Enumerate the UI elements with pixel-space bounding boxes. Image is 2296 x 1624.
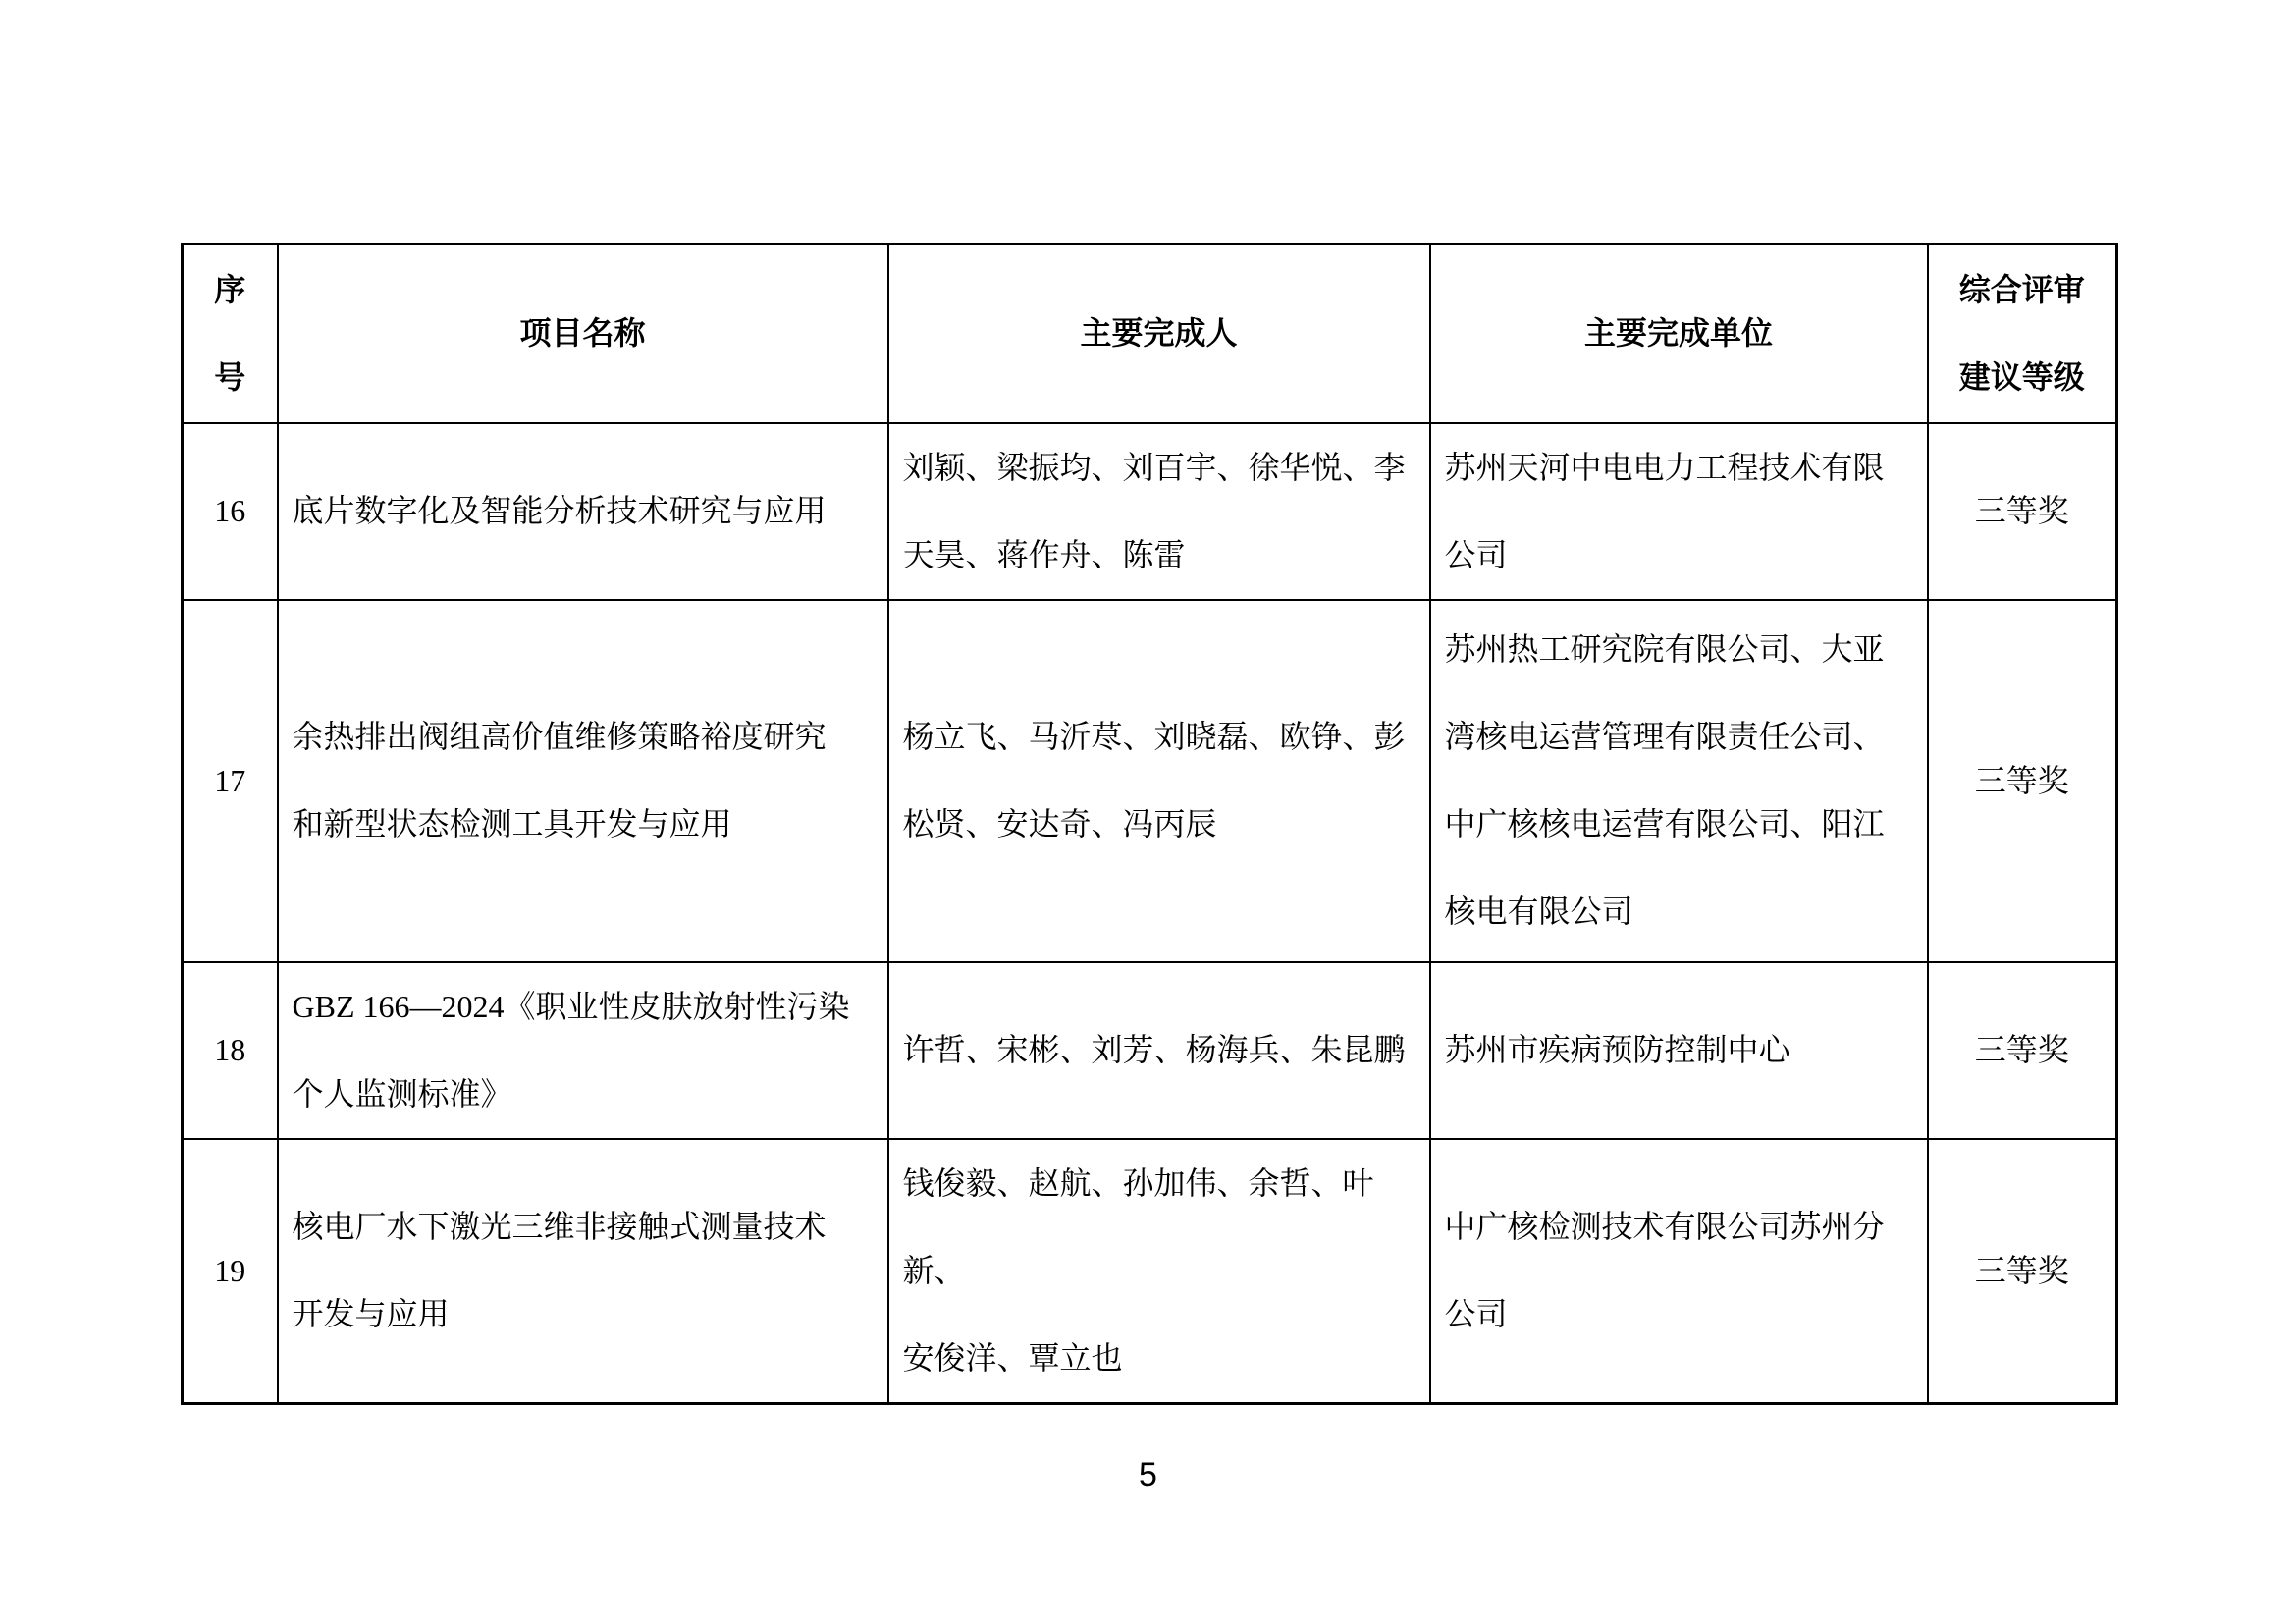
table-row: 18 GBZ 166—2024《职业性皮肤放射性污染 个人监测标准》 许哲、宋彬… [183, 962, 2117, 1139]
table-row: 17 余热排出阀组高价值维修策略裕度研究 和新型状态检测工具开发与应用 杨立飞、… [183, 600, 2117, 962]
table-header-row: 序 号 项目名称 主要完成人 主要完成单位 综合评审 建议等级 [183, 244, 2117, 423]
document-page: 序 号 项目名称 主要完成人 主要完成单位 综合评审 建议等级 16 底片数字化… [0, 0, 2296, 1624]
cell-grade: 三等奖 [1928, 423, 2117, 600]
table-row: 19 核电厂水下激光三维非接触式测量技术 开发与应用 钱俊毅、赵航、孙加伟、余哲… [183, 1139, 2117, 1404]
cell-contributors: 杨立飞、马沂荩、刘晓磊、欧铮、彭 松贤、安达奇、冯丙辰 [888, 600, 1430, 962]
cell-seq-no: 17 [183, 600, 278, 962]
cell-grade: 三等奖 [1928, 1139, 2117, 1404]
cell-seq-no: 19 [183, 1139, 278, 1404]
cell-contributors: 刘颖、梁振均、刘百宇、徐华悦、李 天昊、蒋作舟、陈雷 [888, 423, 1430, 600]
cell-project-name: 底片数字化及智能分析技术研究与应用 [278, 423, 888, 600]
cell-units: 苏州天河中电电力工程技术有限 公司 [1430, 423, 1928, 600]
table-row: 16 底片数字化及智能分析技术研究与应用 刘颖、梁振均、刘百宇、徐华悦、李 天昊… [183, 423, 2117, 600]
cell-units: 苏州热工研究院有限公司、大亚 湾核电运营管理有限责任公司、 中广核核电运营有限公… [1430, 600, 1928, 962]
cell-units: 中广核检测技术有限公司苏州分 公司 [1430, 1139, 1928, 1404]
cell-seq-no: 16 [183, 423, 278, 600]
header-project-name: 项目名称 [278, 244, 888, 423]
cell-units: 苏州市疾病预防控制中心 [1430, 962, 1928, 1139]
cell-project-name: 核电厂水下激光三维非接触式测量技术 开发与应用 [278, 1139, 888, 1404]
header-seq-no: 序 号 [183, 244, 278, 423]
header-grade: 综合评审 建议等级 [1928, 244, 2117, 423]
cell-project-name: GBZ 166—2024《职业性皮肤放射性污染 个人监测标准》 [278, 962, 888, 1139]
cell-project-name: 余热排出阀组高价值维修策略裕度研究 和新型状态检测工具开发与应用 [278, 600, 888, 962]
cell-contributors: 钱俊毅、赵航、孙加伟、余哲、叶新、 安俊洋、覃立也 [888, 1139, 1430, 1404]
cell-seq-no: 18 [183, 962, 278, 1139]
cell-contributors: 许哲、宋彬、刘芳、杨海兵、朱昆鹏 [888, 962, 1430, 1139]
page-number: 5 [0, 1455, 2296, 1494]
cell-grade: 三等奖 [1928, 962, 2117, 1139]
header-units: 主要完成单位 [1430, 244, 1928, 423]
award-table: 序 号 项目名称 主要完成人 主要完成单位 综合评审 建议等级 16 底片数字化… [181, 243, 2118, 1405]
cell-grade: 三等奖 [1928, 600, 2117, 962]
header-contributors: 主要完成人 [888, 244, 1430, 423]
